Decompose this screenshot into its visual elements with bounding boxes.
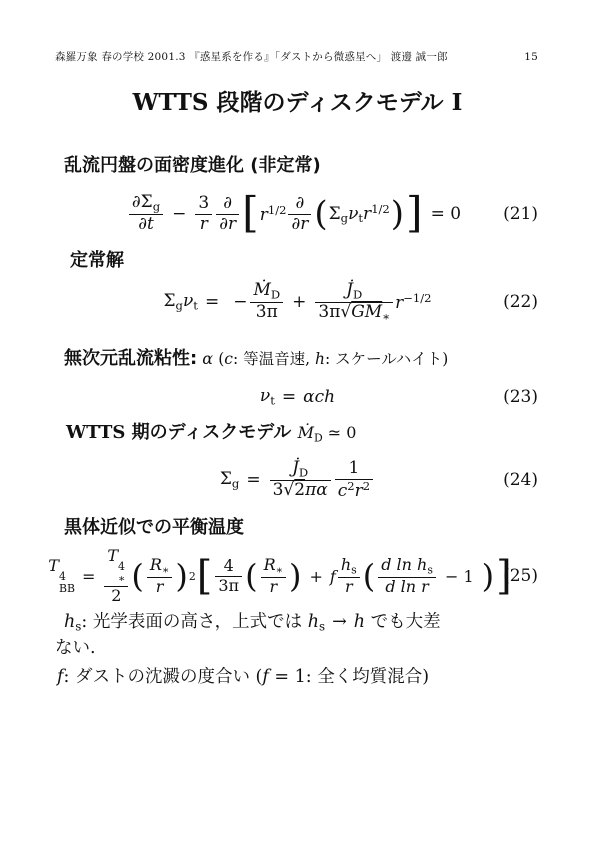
section-heading-steady-solution: 定常解 — [70, 246, 124, 272]
section-heading-alpha-viscosity: 無次元乱流粘性: α (c: 等温音速, h: スケールハイト) — [64, 344, 448, 370]
equation-22: Σgνt = − ṀD3π + J̇D3π√GM∗ r−1/2 (22) — [55, 272, 540, 332]
jdot-fraction: J̇D3π√GM∗ — [315, 281, 393, 324]
partial: ∂ — [220, 194, 235, 214]
equation-number-24: (24) — [503, 470, 538, 490]
nu-t-term: νt — [260, 386, 275, 407]
m-dot: Ṁ — [253, 280, 270, 300]
page-number: 15 — [524, 51, 538, 63]
t-bb-term: T4BB — [48, 556, 75, 596]
equals-sign: = — [282, 387, 296, 407]
equation-number-21: (21) — [503, 204, 538, 224]
f-symbol: f — [330, 567, 336, 586]
approx-zero: ≃ 0 — [323, 423, 357, 442]
note-hs-line2: ない. — [55, 636, 549, 661]
minus-operator: − — [172, 204, 186, 224]
equation-24: Σg = J̇D3√2πα 1c2r2 (24) — [55, 452, 540, 508]
page-header: 森羅万象 春の学校 2001.3 『惑星系を作る』「ダストから微惑星へ」 渡邊 … — [55, 49, 538, 64]
wtts-label: WTTS — [66, 422, 125, 443]
mdot-fraction: ṀD3π — [250, 281, 283, 322]
c-description: : 等温音速, — [233, 350, 315, 368]
r-star-fraction: R∗r — [147, 556, 172, 596]
left-bracket: [ — [242, 193, 259, 236]
minus-one: − 1 — [445, 567, 474, 586]
m-dot: Ṁ — [298, 423, 314, 442]
left-paren: ( — [245, 560, 257, 592]
dln-fraction: d ln hsd ln r — [378, 556, 436, 596]
sigma-g-term: Σg — [220, 469, 239, 490]
arrow-icon: → — [332, 612, 347, 632]
equals-sign: = — [82, 567, 95, 586]
squared-exponent: 2 — [189, 570, 196, 583]
right-paren: ) — [391, 197, 404, 231]
page-title: WTTS 段階のディスクモデル I — [0, 84, 595, 117]
hs-over-r-fraction: hsr — [338, 556, 360, 596]
jdot-fraction: J̇D3√2πα — [270, 459, 331, 500]
alpha-label: 無次元乱流粘性: — [64, 348, 197, 369]
note-f: f: ダストの沈澱の度合い (f = 1: 全く均質混合) — [57, 665, 549, 690]
left-bracket: [ — [197, 556, 213, 596]
one-over-c2r2-fraction: 1c2r2 — [335, 459, 373, 501]
equation-number-25: (25) — [503, 566, 538, 586]
r-star-fraction: R∗r — [261, 556, 286, 596]
partial-r: ∂r — [288, 214, 311, 235]
h-description: : スケールハイト — [325, 350, 442, 368]
wtts-japanese: 期のディスクモデル — [125, 422, 297, 443]
sigma-nu-term: Σgνt — [164, 291, 198, 312]
alpha-c-h-term: αch — [303, 387, 335, 407]
equals-sign: = — [246, 470, 260, 490]
minus-sign: − — [233, 292, 247, 312]
note-hs: hs: 光学表面の高さ，上式では hs→h でも大差 ない. — [55, 610, 549, 661]
partial: ∂ — [293, 194, 308, 214]
partial-t: ∂t — [129, 214, 163, 235]
j-dot: J̇ — [292, 458, 299, 478]
fraction: ∂∂r — [288, 194, 311, 234]
c-symbol: c — [224, 350, 233, 368]
right-paren: ) — [175, 560, 187, 592]
right-paren: ) — [482, 560, 494, 592]
title-latin-post: I — [452, 89, 463, 116]
section-heading-turbulent-disk: 乱流円盤の面密度進化 (非定常) — [64, 151, 321, 177]
equation-23: νt = αch (23) — [55, 382, 540, 412]
right-paren: ) — [289, 560, 301, 592]
h-symbol: h — [315, 350, 325, 368]
fraction: ∂Σg∂t — [129, 193, 163, 234]
title-japanese: 段階のディスクモデル — [209, 90, 452, 116]
sqrt-sign: √ — [283, 480, 294, 500]
h-s-symbol: h — [64, 612, 75, 632]
fraction: 3r — [195, 194, 212, 234]
equation-number-22: (22) — [503, 292, 538, 312]
gm-star: GM — [351, 302, 382, 322]
equals-zero: = 0 — [431, 204, 461, 224]
subscript-g: g — [153, 200, 160, 214]
t-star-fraction: T4∗2 — [104, 547, 128, 605]
left-paren: ( — [131, 560, 143, 592]
left-paren: ( — [363, 560, 375, 592]
sigma-nu-r-term: Σgνtr1/2 — [329, 202, 390, 225]
partial-sigma: ∂Σ — [132, 192, 153, 212]
numerator-3: 3 — [195, 194, 212, 214]
plus-operator: + — [292, 292, 306, 312]
note-hs-line1: hs: 光学表面の高さ，上式では hs→h でも大差 — [55, 610, 549, 636]
document-page: 森羅万象 春の学校 2001.3 『惑星系を作る』「ダストから微惑星へ」 渡邊 … — [0, 0, 595, 842]
left-paren: ( — [314, 197, 327, 231]
j-dot: J̇ — [346, 280, 353, 300]
three-pi: 3π — [250, 302, 283, 323]
alpha-symbol: α — [202, 349, 213, 368]
fraction: ∂∂r — [216, 194, 239, 234]
equation-25: T4BB = T4∗2 ( R∗r ) 2 [ 43π ( R∗r ) + f … — [55, 546, 540, 606]
section-heading-blackbody: 黒体近似での平衡温度 — [64, 513, 244, 539]
equation-21: ∂Σg∂t − 3r ∂∂r [ r1/2 ∂∂r ( Σgνtr1/2 ) ]… — [55, 186, 540, 242]
section-heading-wtts-model: WTTS 期のディスクモデル ṀD ≃ 0 — [66, 418, 356, 444]
r-half-term: r1/2 — [260, 203, 287, 225]
right-bracket: ] — [406, 193, 423, 236]
denominator-r: r — [195, 214, 212, 235]
four-over-3pi-fraction: 43π — [215, 557, 242, 595]
partial-r: ∂r — [216, 214, 239, 235]
header-text: 森羅万象 春の学校 2001.3 『惑星系を作る』「ダストから微惑星へ」 渡邊 … — [55, 49, 448, 64]
r-power-term: r−1/2 — [395, 291, 431, 313]
equation-number-23: (23) — [503, 387, 538, 407]
equals-sign: = — [205, 292, 219, 312]
title-latin-pre: WTTS — [133, 89, 209, 116]
sqrt-sign: √ — [340, 302, 351, 322]
plus-operator: + — [310, 567, 323, 586]
